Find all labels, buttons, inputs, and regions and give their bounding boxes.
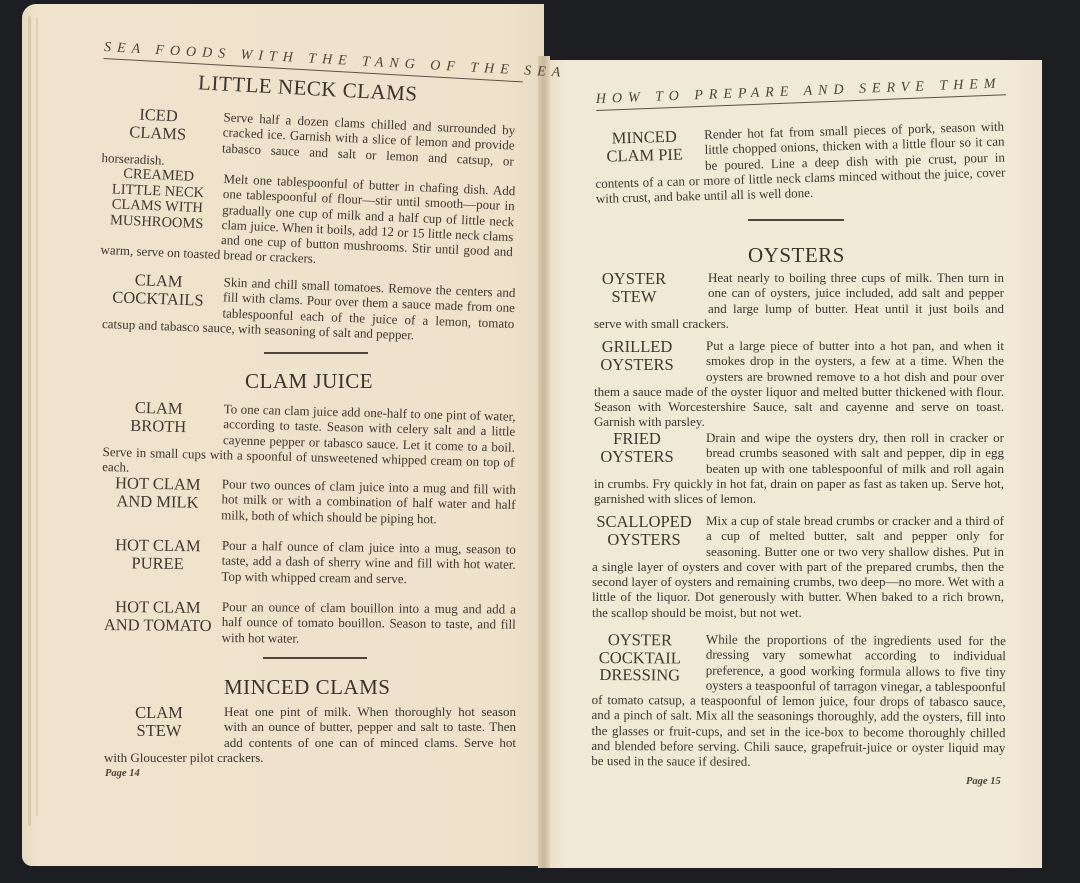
recipe-creamed-little-neck-clams: CREAMED LITTLE NECK CLAMS WITH MUSHROOMS… — [100, 166, 515, 275]
recipe-oyster-stew: OYSTER STEW Heat nearly to boiling three… — [594, 270, 1004, 331]
recipe-name: FRIED OYSTERS — [594, 430, 680, 465]
recipe-scalloped-oysters: SCALLOPED OYSTERS Mix a cup of stale bre… — [592, 513, 1004, 620]
recipe-name: OYSTER COCKTAIL DRESSING — [592, 631, 688, 684]
recipe-name: MINCED CLAM PIE — [594, 127, 695, 165]
recipe-oyster-cocktail-dressing: OYSTER COCKTAIL DRESSING While the propo… — [591, 631, 1006, 771]
section-title-clam-juice: CLAM JUICE — [245, 369, 373, 394]
section-divider — [748, 219, 844, 221]
recipe-clam-stew: CLAM STEW Heat one pint of milk. When th… — [104, 704, 516, 765]
recipe-name: CREAMED LITTLE NECK CLAMS WITH MUSHROOMS — [101, 166, 213, 233]
recipe-name: HOT CLAM AND MILK — [103, 474, 212, 511]
recipe-name: HOT CLAM PUREE — [104, 536, 212, 573]
recipe-name: ICED CLAMS — [102, 104, 213, 144]
recipe-name: CLAM BROTH — [103, 398, 214, 436]
book-gutter — [538, 56, 550, 868]
recipe-grilled-oysters: GRILLED OYSTERS Put a large piece of but… — [594, 338, 1004, 430]
recipe-name: CLAM STEW — [104, 704, 214, 739]
recipe-name: HOT CLAM AND TOMATO — [104, 598, 212, 634]
recipe-name: OYSTER STEW — [594, 270, 674, 305]
section-title-oysters: OYSTERS — [748, 243, 845, 268]
recipe-name: GRILLED OYSTERS — [594, 338, 680, 373]
section-divider — [264, 352, 368, 354]
section-title-minced-clams: MINCED CLAMS — [224, 675, 390, 700]
recipe-clam-broth: CLAM BROTH To one can clam juice add one… — [102, 398, 516, 485]
recipe-name: SCALLOPED OYSTERS — [592, 513, 696, 548]
section-divider — [263, 657, 367, 659]
recipe-hot-clam-and-tomato: HOT CLAM AND TOMATO Pour an ounce of cla… — [104, 598, 516, 647]
page-number-left: Page 14 — [105, 768, 140, 779]
recipe-fried-oysters: FRIED OYSTERS Drain and wipe the oysters… — [594, 430, 1004, 506]
page-number-right: Page 15 — [966, 776, 1001, 787]
recipe-minced-clam-pie: MINCED CLAM PIE Render hot fat from smal… — [594, 119, 1006, 207]
recipe-name: CLAM COCKTAILS — [103, 270, 214, 309]
recipe-hot-clam-puree: HOT CLAM PUREE Pour a half ounce of clam… — [103, 536, 516, 588]
recipe-hot-clam-and-milk: HOT CLAM AND MILK Pour two ounces of cla… — [103, 474, 516, 528]
